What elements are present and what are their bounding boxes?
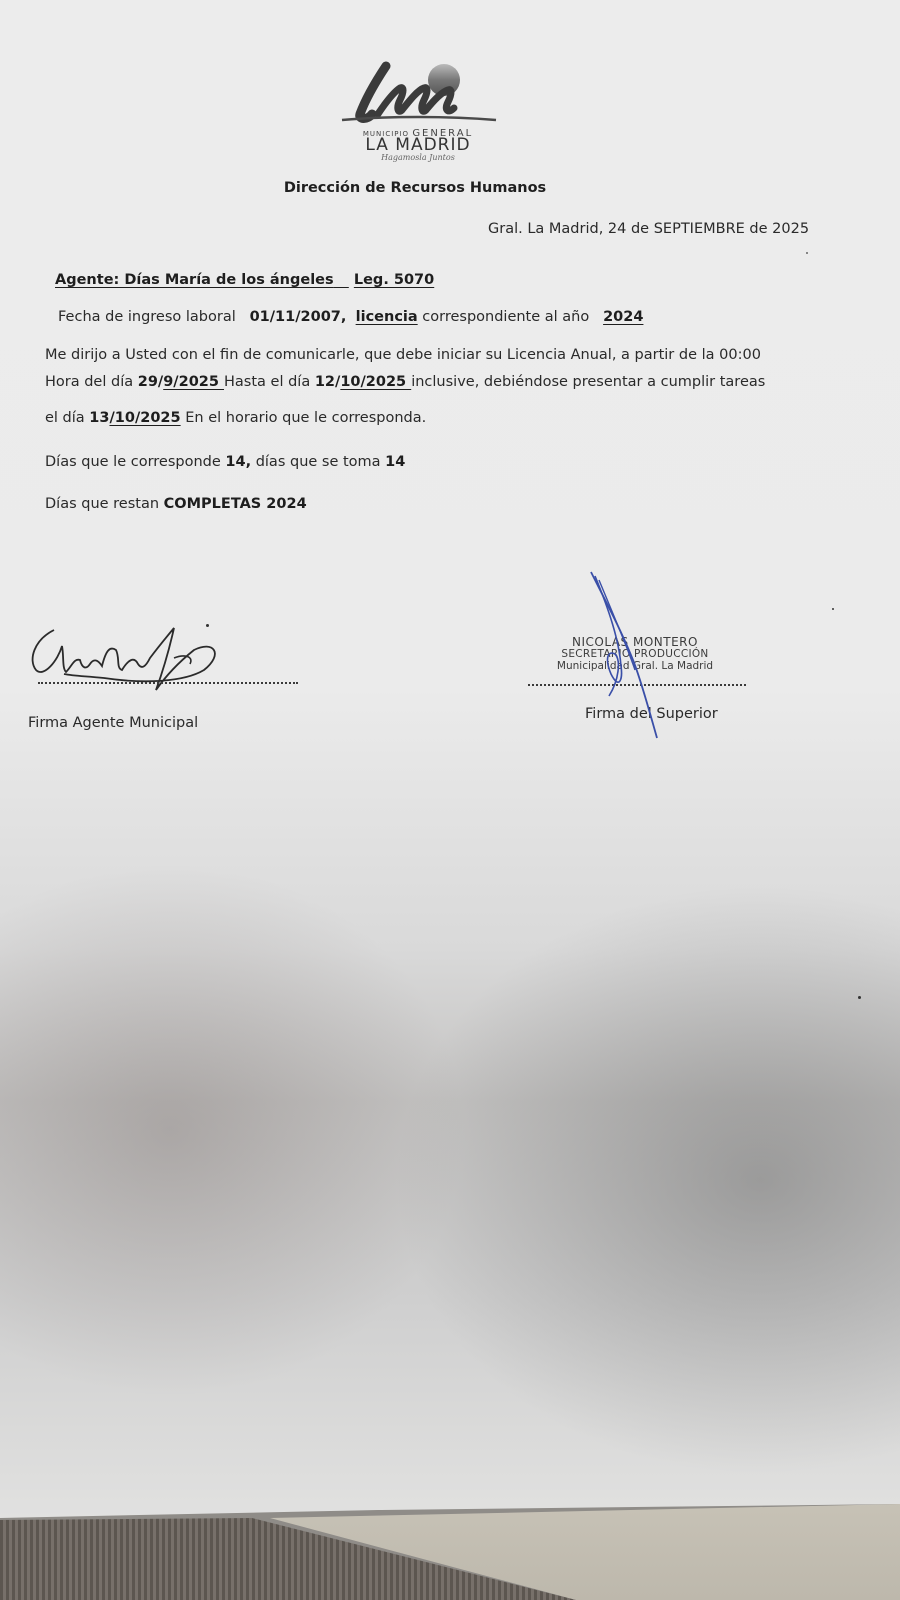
date-line: Gral. La Madrid, 24 de SEPTIEMBRE de 202… (488, 221, 809, 237)
days-entitled-label: Días que le corresponde (45, 454, 221, 470)
logo-tagline: Hagamosla Juntos (338, 153, 498, 162)
municipal-logo: MUNICIPIO GENERAL LA MADRID Hagamosla Ju… (338, 58, 498, 178)
agent-signature (24, 620, 304, 700)
document-page: MUNICIPIO GENERAL LA MADRID Hagamosla Ju… (0, 0, 900, 1530)
licencia-year: 2024 (603, 309, 643, 325)
paper-speck (858, 996, 861, 999)
days-entitled-value: 14, (225, 454, 251, 470)
days-remaining-label: Días que restan (45, 496, 159, 512)
return-date: 13/10/2025 (89, 410, 180, 426)
days-remaining-line: Días que restan COMPLETAS 2024 (45, 496, 307, 512)
body-inclusive-text: inclusive, debiéndose presentar a cumpli… (411, 374, 765, 390)
municipal-logo-lm-icon (338, 58, 498, 126)
agent-signature-label: Firma Agente Municipal (28, 715, 198, 731)
agent-signature-line (38, 682, 298, 684)
end-date: 12/10/2025 (315, 374, 411, 390)
ingreso-date: 01/11/2007, (250, 309, 347, 325)
paper-speck (832, 608, 834, 610)
body-line-2: Hora del día 29/9/2025 Hasta el día 12/1… (45, 374, 765, 390)
ingreso-middle: correspondiente al año (422, 309, 589, 325)
days-remaining-value: COMPLETAS 2024 (164, 496, 307, 512)
paper-speck (806, 252, 808, 254)
body-hora-label: Hora del día (45, 374, 133, 390)
licencia-word: licencia (356, 309, 418, 325)
body-line-1: Me dirijo a Usted con el fin de comunica… (45, 347, 761, 363)
ingreso-line: Fecha de ingreso laboral 01/11/2007, lic… (58, 309, 643, 325)
agent-spacer (334, 272, 349, 288)
body-dia-label: el día (45, 410, 85, 426)
days-taken-value: 14 (385, 454, 405, 470)
agent-line: Agente: Días María de los ángeles Leg. 5… (55, 272, 434, 288)
superior-signature (575, 570, 695, 740)
days-taken-label: días que se toma (256, 454, 381, 470)
ink-speck (206, 624, 209, 627)
body-horario-text: En el horario que le corresponda. (185, 410, 426, 426)
ingreso-prefix: Fecha de ingreso laboral (58, 309, 236, 325)
logo-name: LA MADRID (338, 137, 498, 153)
body-line-3: el día 13/10/2025 En el horario que le c… (45, 410, 426, 426)
body-hasta-label: Hasta el día (224, 374, 310, 390)
start-date: 29/9/2025 (138, 374, 224, 390)
days-entitled-line: Días que le corresponde 14, días que se … (45, 454, 405, 470)
agent-legajo: Leg. 5070 (354, 272, 434, 288)
agent-name: Agente: Días María de los ángeles (55, 272, 334, 288)
department-title: Dirección de Recursos Humanos (0, 180, 830, 196)
